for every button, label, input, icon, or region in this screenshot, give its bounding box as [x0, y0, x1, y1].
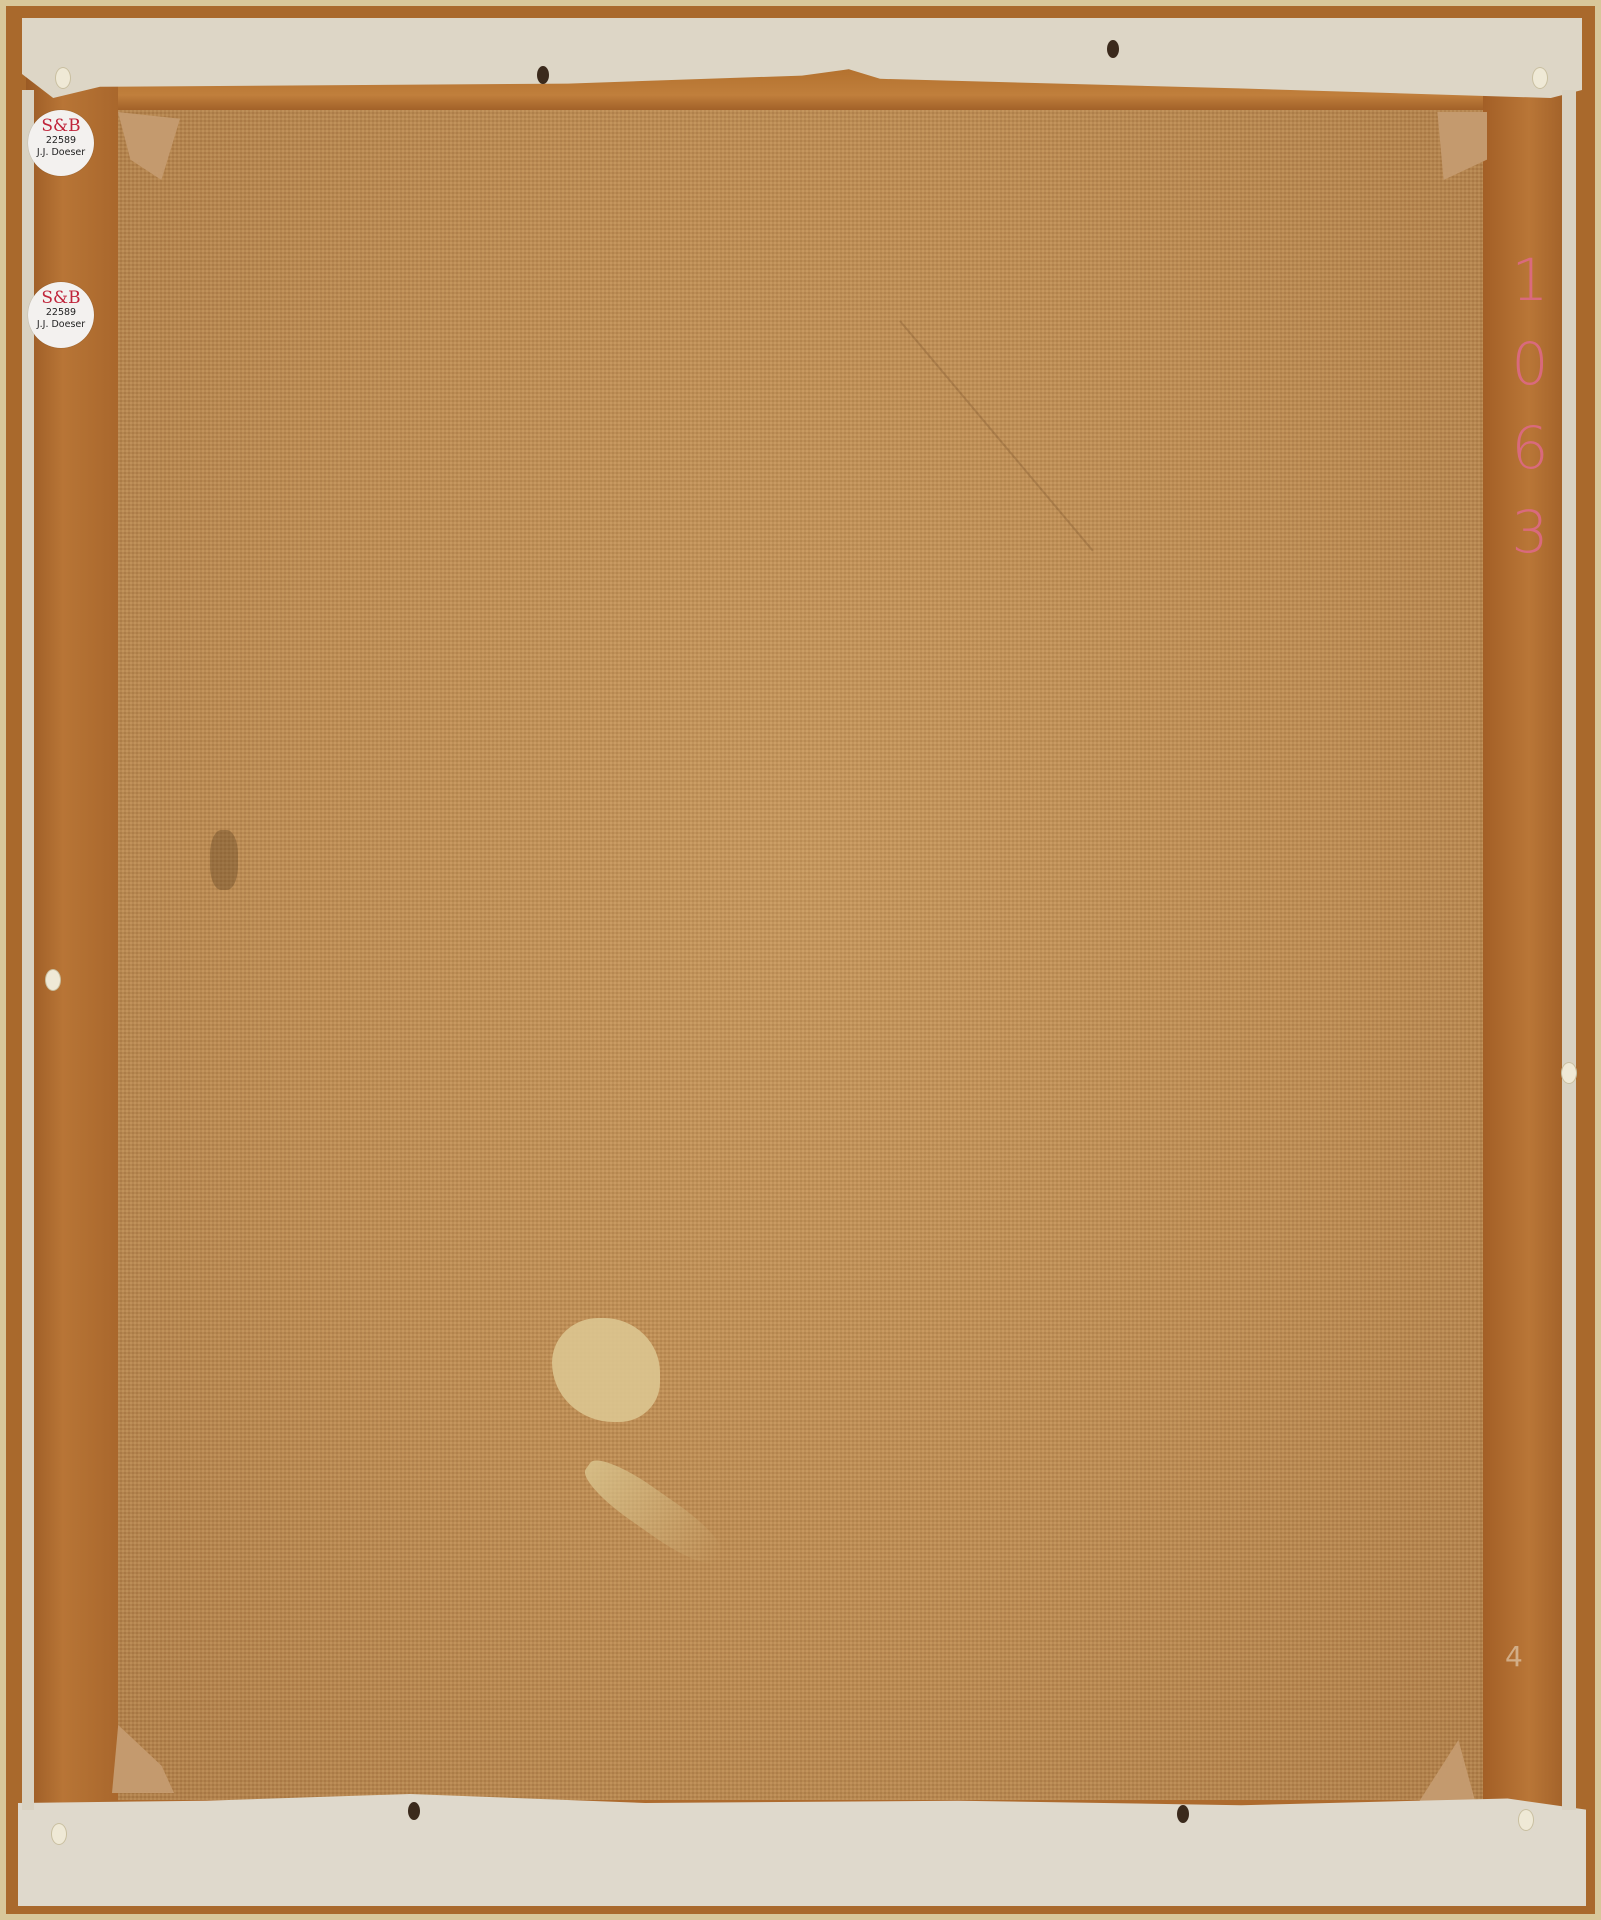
frame-edge [0, 0, 1601, 1920]
